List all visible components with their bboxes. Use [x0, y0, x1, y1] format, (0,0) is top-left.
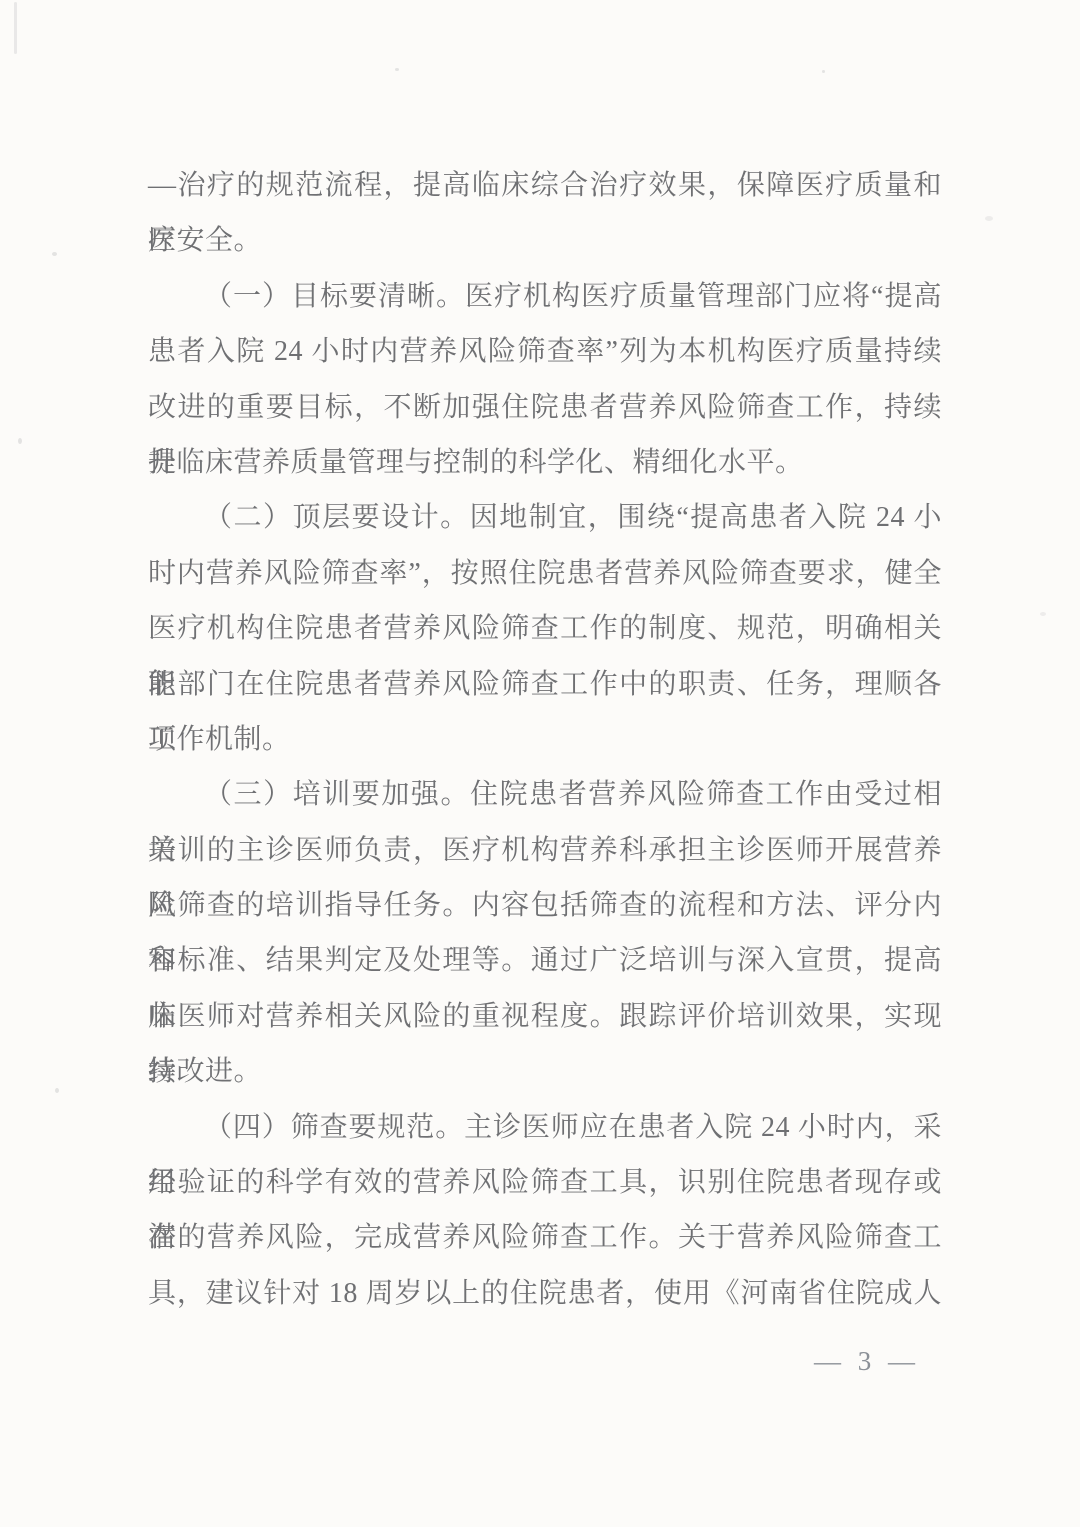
page-number: — 3 — [814, 1346, 920, 1376]
scan-speckle [14, 2, 17, 54]
scan-speckle [822, 70, 825, 73]
text-line: 时内营养风险筛查率”，按照住院患者营养风险筛查要求，健全 [148, 546, 942, 601]
text-line: —治疗的规范流程，提高临床综合治疗效果，保障医疗质量和医 [148, 158, 942, 213]
text-line: 培训的主诊医师负责，医疗机构营养科承担主诊医师开展营养风 [148, 823, 942, 878]
text-line: 改进的重要目标，不断加强住院患者营养风险筛查工作，持续提 [148, 380, 942, 435]
text-line: 具，建议针对 18 周岁以上的住院患者，使用《河南省住院成人 [148, 1266, 942, 1321]
scan-speckle [1040, 612, 1046, 616]
text-line: 疗安全。 [148, 213, 942, 268]
text-line: （四）筛查要规范。主诊医师应在患者入院 24 小时内，采用 [148, 1100, 942, 1155]
scan-speckle [18, 438, 22, 444]
text-line: （三）培训要加强。住院患者营养风险筛查工作由受过相关 [148, 767, 942, 822]
text-line: 升临床营养质量管理与控制的科学化、精细化水平。 [148, 435, 942, 490]
scan-speckle [395, 68, 399, 71]
text-line: 床医师对营养相关风险的重视程度。跟踪评价培训效果，实现持 [148, 989, 942, 1044]
text-line: 患者入院 24 小时内营养风险筛查率”列为本机构医疗质量持续 [148, 324, 942, 379]
text-line: 经验证的科学有效的营养风险筛查工具，识别住院患者现存或潜 [148, 1155, 942, 1210]
scan-speckle [52, 252, 57, 256]
text-line: （一）目标要清晰。医疗机构医疗质量管理部门应将“提高 [148, 269, 942, 324]
text-line: 工作机制。 [148, 712, 942, 767]
scan-speckle [55, 1088, 59, 1093]
scan-speckle [985, 216, 993, 221]
document-page: —治疗的规范流程，提高临床综合治疗效果，保障医疗质量和医疗安全。（一）目标要清晰… [0, 0, 1080, 1527]
text-line: 在的营养风险，完成营养风险筛查工作。关于营养风险筛查工 [148, 1210, 942, 1265]
text-block: —治疗的规范流程，提高临床综合治疗效果，保障医疗质量和医疗安全。（一）目标要清晰… [148, 158, 942, 1321]
text-line: 续改进。 [148, 1044, 942, 1099]
text-line: 险筛查的培训指导任务。内容包括筛查的流程和方法、评分内容 [148, 878, 942, 933]
text-line: 医疗机构住院患者营养风险筛查工作的制度、规范，明确相关职 [148, 601, 942, 656]
text-line: 和标准、结果判定及处理等。通过广泛培训与深入宣贯，提高临 [148, 933, 942, 988]
text-line: 能部门在住院患者营养风险筛查工作中的职责、任务，理顺各项 [148, 657, 942, 712]
text-line: （二）顶层要设计。因地制宜，围绕“提高患者入院 24 小 [148, 490, 942, 545]
